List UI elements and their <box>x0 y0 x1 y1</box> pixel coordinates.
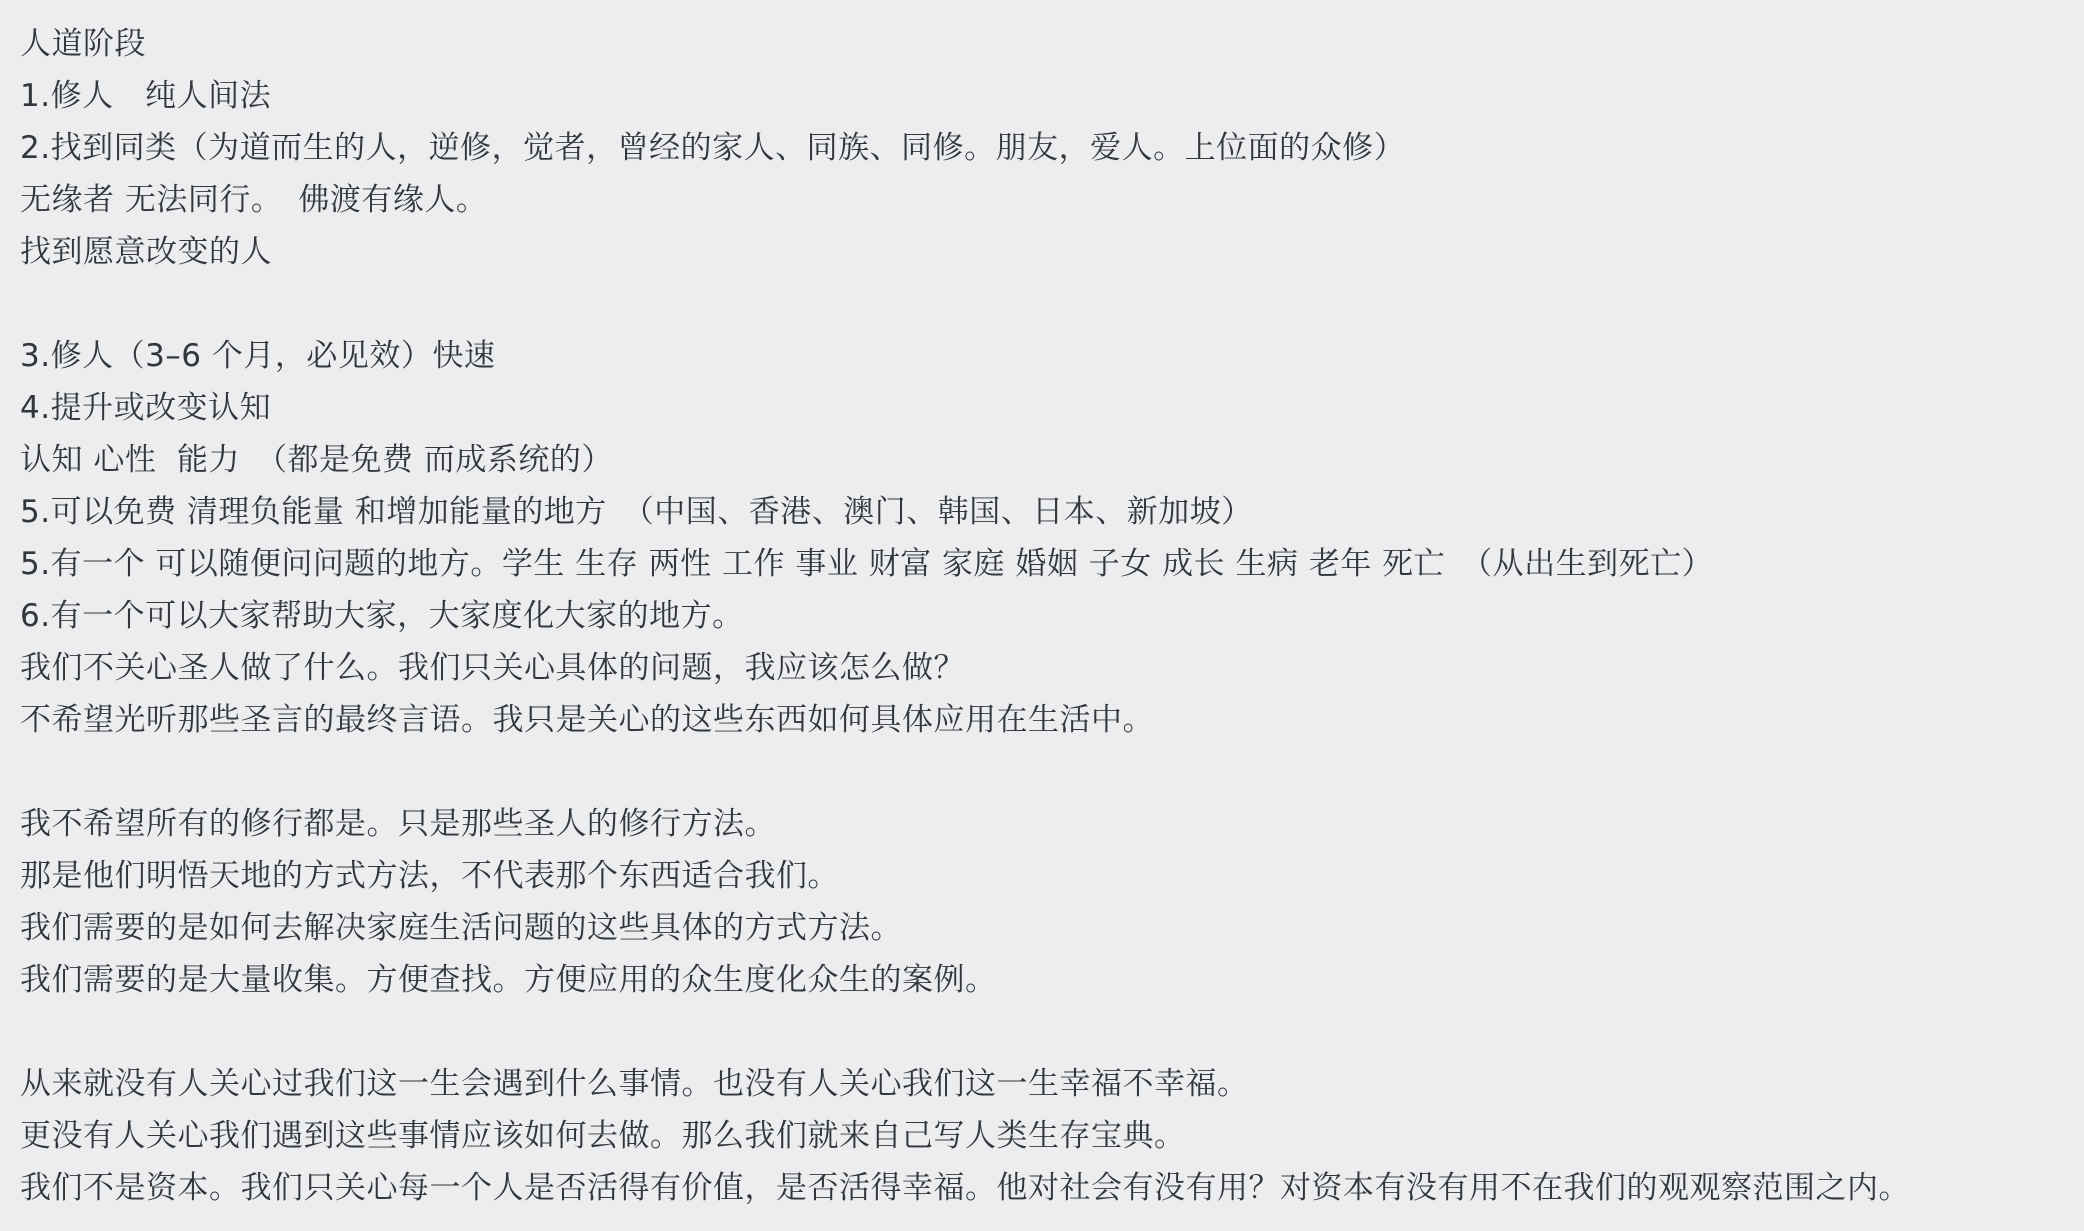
blank-line <box>20 1006 2064 1058</box>
text-document: 人道阶段 1.修人 纯人间法 2.找到同类（为道而生的人，逆修，觉者，曾经的家人… <box>0 0 2084 1231</box>
blank-line <box>20 746 2064 798</box>
text-line: 那是他们明悟天地的方式方法，不代表那个东西适合我们。 <box>20 850 2064 902</box>
text-line: 5.有一个 可以随便问问题的地方。学生 生存 两性 工作 事业 财富 家庭 婚姻… <box>20 538 2064 590</box>
text-line: 从来就没有人关心过我们这一生会遇到什么事情。也没有人关心我们这一生幸福不幸福。 <box>20 1058 2064 1110</box>
text-line: 认知 心性 能力 （都是免费 而成系统的） <box>20 434 2064 486</box>
text-line: 1.修人 纯人间法 <box>20 70 2064 122</box>
text-line: 我不希望所有的修行都是。只是那些圣人的修行方法。 <box>20 798 2064 850</box>
text-line: 不希望光听那些圣言的最终言语。我只是关心的这些东西如何具体应用在生活中。 <box>20 694 2064 746</box>
blank-line <box>20 278 2064 330</box>
text-line: 4.提升或改变认知 <box>20 382 2064 434</box>
text-line: 无缘者 无法同行。 佛渡有缘人。 <box>20 174 2064 226</box>
text-line: 5.可以免费 清理负能量 和增加能量的地方 （中国、香港、澳门、韩国、日本、新加… <box>20 486 2064 538</box>
text-line: 我们不是资本。我们只关心每一个人是否活得有价值，是否活得幸福。他对社会有没有用？… <box>20 1162 2064 1214</box>
text-line: 2.找到同类（为道而生的人，逆修，觉者，曾经的家人、同族、同修。朋友，爱人。上位… <box>20 122 2064 174</box>
text-line: 6.有一个可以大家帮助大家，大家度化大家的地方。 <box>20 590 2064 642</box>
text-line: 找到愿意改变的人 <box>20 226 2064 278</box>
text-line: 我们不关心圣人做了什么。我们只关心具体的问题，我应该怎么做？ <box>20 642 2064 694</box>
text-line: 我们需要的是大量收集。方便查找。方便应用的众生度化众生的案例。 <box>20 954 2064 1006</box>
text-line: 更没有人关心我们遇到这些事情应该如何去做。那么我们就来自己写人类生存宝典。 <box>20 1110 2064 1162</box>
text-line: 3.修人（3–6 个月，必见效）快速 <box>20 330 2064 382</box>
text-line: 我们需要的是如何去解决家庭生活问题的这些具体的方式方法。 <box>20 902 2064 954</box>
document-title: 人道阶段 <box>20 18 2064 70</box>
